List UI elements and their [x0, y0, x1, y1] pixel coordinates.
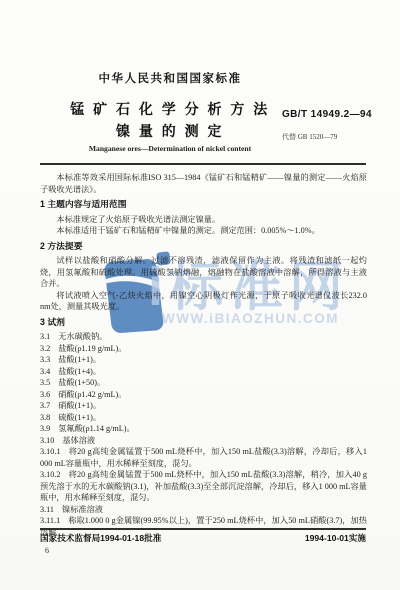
clause-number: 3.9	[40, 423, 50, 435]
clause-text: 硝酸(1+1)。	[58, 401, 101, 410]
section-1-heading: 1 主题内容与适用范围	[40, 199, 367, 211]
header-divider	[40, 163, 366, 165]
clause-number: 3.4	[40, 366, 50, 378]
clause-number: 3.6	[40, 389, 50, 401]
clause-text: 镍标准溶液	[62, 505, 103, 514]
clause-number: 3.8	[40, 412, 50, 424]
clause-text: 将20 g高纯金属锰置于500 mL烧杯中，加入150 mL盐酸(3.3)溶解，…	[40, 470, 367, 502]
reagent-item: 3.2盐酸(ρ1.19 g/mL)。	[40, 343, 367, 355]
page-number: 6	[45, 546, 49, 555]
clause-text: 基体溶液	[62, 436, 95, 445]
clause-number: 3.11	[40, 504, 54, 516]
clause-number: 3.10.2	[40, 469, 60, 481]
clause-text: 氢氟酸(ρ1.14 g/mL)。	[58, 424, 134, 433]
section-2-heading: 2 方法提要	[40, 241, 367, 253]
clause-text: 硝酸(ρ1.42 g/mL)。	[58, 390, 126, 399]
clause-number: 3.1	[40, 331, 50, 343]
reagent-item: 3.11镍标准溶液	[40, 504, 367, 516]
clause-text: 硫酸(1+1)。	[58, 413, 101, 422]
clause-number: 3.10.1	[40, 446, 60, 458]
clause-text: 将20 g高纯金属锰置于500 mL烧杯中，加入150 mL盐酸(3.3)溶解，…	[40, 447, 367, 468]
clause-text: 无水碳酸钠。	[58, 332, 107, 341]
clause-text: 盐酸(1+4)。	[58, 367, 101, 376]
document-title-line2: 镍 量 的 测 定	[40, 121, 300, 141]
reagent-item: 3.10.2将20 g高纯金属锰置于500 mL烧杯中，加入150 mL盐酸(3…	[40, 469, 367, 504]
reagent-item: 3.3盐酸(1+1)。	[40, 354, 367, 366]
clause-number: 3.2	[40, 343, 50, 355]
clause-number: 3.5	[40, 377, 50, 389]
clause-number: 3.7	[40, 400, 50, 412]
replaces-note: 代替 GB 1520—79	[282, 132, 337, 142]
reagent-item: 3.10基体溶液	[40, 435, 367, 447]
document-title-line1: 锰 矿 石 化 学 分 析 方 法	[40, 99, 300, 119]
reagent-item: 3.8硫酸(1+1)。	[40, 412, 367, 424]
reagent-item: 3.1无水碳酸钠。	[40, 331, 367, 343]
section-3-heading: 3 试剂	[40, 317, 367, 329]
reagent-item: 3.5盐酸(1+50)。	[40, 377, 367, 389]
footer-divider	[40, 528, 366, 530]
intro-paragraph: 本标准等效采用国际标准ISO 315—1984《锰矿石和锰精矿——镍量的测定——…	[40, 172, 367, 195]
national-standard-label: 中华人民共和国国家标准	[40, 70, 300, 86]
standard-code: GB/T 14949.2—94	[282, 109, 372, 120]
approval-note: 国家技术监督局1994-01-18批准	[40, 532, 161, 544]
reagent-item: 3.10.1将20 g高纯金属锰置于500 mL烧杯中，加入150 mL盐酸(3…	[40, 446, 367, 469]
clause-text: 盐酸(1+50)。	[58, 378, 105, 387]
implementation-note: 1994-10-01实施	[305, 532, 366, 544]
reagent-item: 3.9氢氟酸(ρ1.14 g/mL)。	[40, 423, 367, 435]
clause-number: 3.11.1	[40, 515, 60, 527]
section-2-paragraph: 将试液喷入空气-乙炔火焰中，用镍空心阴极灯作光源，于原子吸收光谱仪波长232.0…	[40, 290, 367, 313]
clause-text: 盐酸(ρ1.19 g/mL)。	[58, 344, 126, 353]
clause-number: 3.3	[40, 354, 50, 366]
section-1-paragraph: 本标准规定了火焰原子吸收光谱法测定镍量。	[40, 214, 367, 226]
section-2-paragraph: 试样以盐酸和硝酸分解。过滤不溶残渣，滤液保留作为主液。将残渣和滤纸一起灼烧，用氢…	[40, 255, 367, 290]
document-body: 本标准等效采用国际标准ISO 315—1984《锰矿石和锰精矿——镍量的测定——…	[40, 172, 367, 538]
clause-number: 3.10	[40, 435, 54, 447]
section-1-paragraph: 本标准适用于锰矿石和锰精矿中镍量的测定。测定范围：0.005%～1.0%。	[40, 225, 367, 237]
reagent-item: 3.7硝酸(1+1)。	[40, 400, 367, 412]
clause-text: 盐酸(1+1)。	[58, 355, 101, 364]
reagent-item: 3.6硝酸(ρ1.42 g/mL)。	[40, 389, 367, 401]
scanned-standard-page: i标准网 WWW.iBIAOZHUN.COM 中华人民共和国国家标准 锰 矿 石…	[0, 0, 400, 590]
reagent-item: 3.4盐酸(1+4)。	[40, 366, 367, 378]
document-title-english: Manganese ores—Determination of nickel c…	[40, 144, 300, 153]
